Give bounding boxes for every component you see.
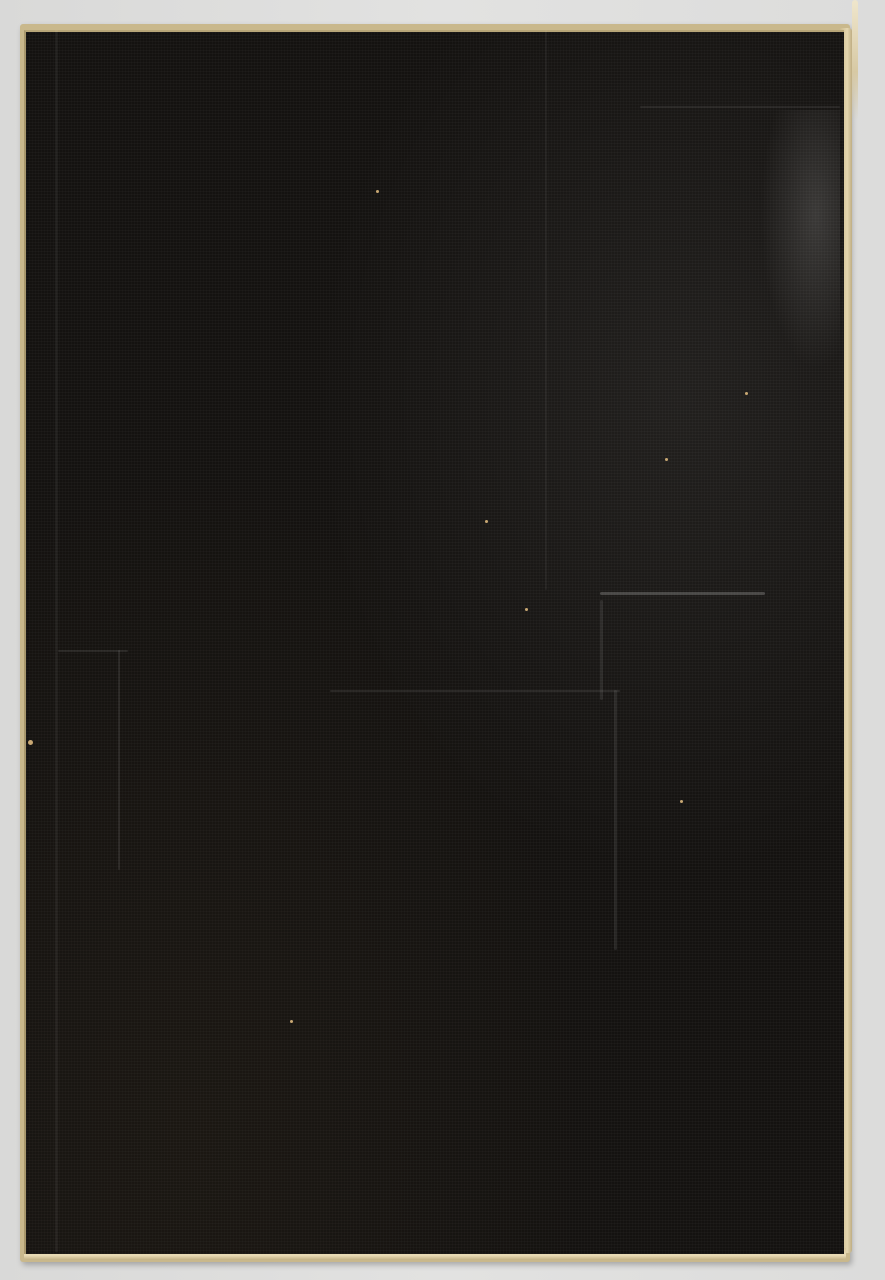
dust-speck <box>745 392 748 395</box>
dust-speck <box>680 800 683 803</box>
scuff-mark <box>614 690 617 950</box>
scuff-mark <box>118 650 120 870</box>
dust-speck <box>485 520 488 523</box>
scuff-mark <box>330 690 620 692</box>
binding-string <box>852 0 858 120</box>
spine-crease <box>55 30 58 1252</box>
dust-speck <box>665 458 668 461</box>
dust-speck <box>376 190 379 193</box>
dust-speck <box>290 1020 293 1023</box>
light-glare <box>760 110 840 370</box>
book-cover <box>24 30 844 1254</box>
scuff-mark <box>600 592 765 595</box>
scuff-mark <box>640 106 840 108</box>
scuff-mark <box>545 30 547 590</box>
scuff-mark <box>600 600 603 700</box>
dust-speck <box>28 740 33 745</box>
dust-speck <box>525 608 528 611</box>
